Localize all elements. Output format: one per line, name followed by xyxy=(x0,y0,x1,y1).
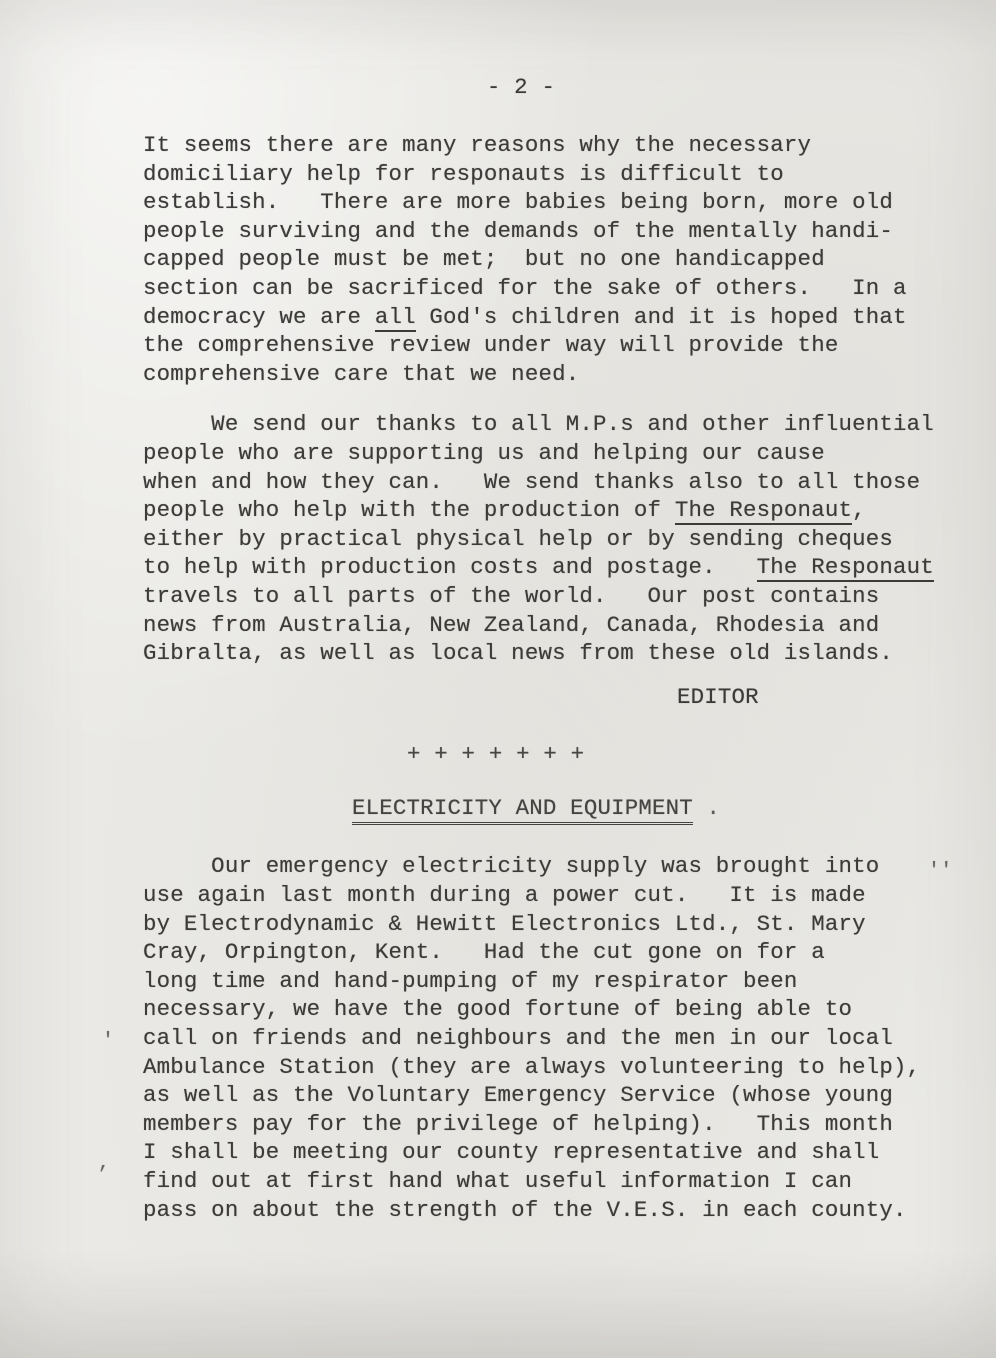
typed-line: as well as the Voluntary Emergency Servi… xyxy=(143,1081,956,1110)
page-number: - 2 - xyxy=(23,0,996,100)
typed-line: capped people must be met; but no one ha… xyxy=(143,245,956,274)
text-segment: to help with production costs and postag… xyxy=(143,554,757,580)
typed-line: when and how they can. We send thanks al… xyxy=(143,468,956,497)
typed-line: establish. There are more babies being b… xyxy=(143,188,956,217)
typed-line: Cray, Orpington, Kent. Had the cut gone … xyxy=(143,938,956,967)
typed-line: domiciliary help for responauts is diffi… xyxy=(143,160,956,189)
underlined-publication-title: The Responaut xyxy=(757,554,934,582)
paragraph-thanks: We send our thanks to all M.P.s and othe… xyxy=(143,410,956,667)
typed-line: I shall be meeting our county representa… xyxy=(143,1138,956,1167)
typed-line: to help with production costs and postag… xyxy=(143,553,956,582)
editor-signoff: EDITOR xyxy=(677,683,956,712)
typed-line: comprehensive care that we need. xyxy=(143,360,956,389)
section-heading: ELECTRICITY AND EQUIPMENT . xyxy=(352,794,956,823)
typed-line: by Electrodynamic & Hewitt Electronics L… xyxy=(143,910,956,939)
typed-line: Ambulance Station (they are always volun… xyxy=(143,1053,956,1082)
typed-line: people who are supporting us and helping… xyxy=(143,439,956,468)
typed-line: the comprehensive review under way will … xyxy=(143,331,956,360)
scanned-document-page: - 2 - It seems there are many reasons wh… xyxy=(0,0,996,1358)
typed-line: travels to all parts of the world. Our p… xyxy=(143,582,956,611)
typed-line: long time and hand-pumping of my respira… xyxy=(143,967,956,996)
typed-line: members pay for the privilege of helping… xyxy=(143,1110,956,1139)
plus-sign-divider: + + + + + + + xyxy=(407,740,956,769)
scan-speck: , xyxy=(98,1152,110,1175)
text-segment: God's children and it is hoped that xyxy=(416,304,907,330)
paragraph-domiciliary-help: It seems there are many reasons why the … xyxy=(143,131,956,388)
text-segment: , xyxy=(852,497,866,523)
section-heading-stray-mark: . xyxy=(693,795,720,821)
paragraph-electricity: Our emergency electricity supply was bro… xyxy=(143,852,956,1224)
text-segment: people who help with the production of xyxy=(143,497,675,523)
page-content: It seems there are many reasons why the … xyxy=(0,131,996,1224)
scan-speck: ' xyxy=(102,1030,114,1053)
typed-line: pass on about the strength of the V.E.S.… xyxy=(143,1196,956,1225)
typed-line: find out at first hand what useful infor… xyxy=(143,1167,956,1196)
typed-line: news from Australia, New Zealand, Canada… xyxy=(143,611,956,640)
underlined-publication-title: The Responaut xyxy=(675,497,852,525)
typed-line: Gibralta, as well as local news from the… xyxy=(143,639,956,668)
typed-line: people who help with the production of T… xyxy=(143,496,956,525)
typed-line: call on friends and neighbours and the m… xyxy=(143,1024,956,1053)
typed-line: necessary, we have the good fortune of b… xyxy=(143,995,956,1024)
section-heading-text: ELECTRICITY AND EQUIPMENT xyxy=(352,795,693,825)
scan-speck: '' xyxy=(928,860,952,883)
underlined-text: all xyxy=(375,304,416,332)
typed-line: either by practical physical help or by … xyxy=(143,525,956,554)
typed-line: use again last month during a power cut.… xyxy=(143,881,956,910)
typed-line: It seems there are many reasons why the … xyxy=(143,131,956,160)
typed-line: section can be sacrificed for the sake o… xyxy=(143,274,956,303)
text-segment: democracy we are xyxy=(143,304,375,330)
typed-line: democracy we are all God's children and … xyxy=(143,303,956,332)
typed-line: We send our thanks to all M.P.s and othe… xyxy=(143,410,956,439)
typed-line: Our emergency electricity supply was bro… xyxy=(143,852,956,881)
typed-line: people surviving and the demands of the … xyxy=(143,217,956,246)
